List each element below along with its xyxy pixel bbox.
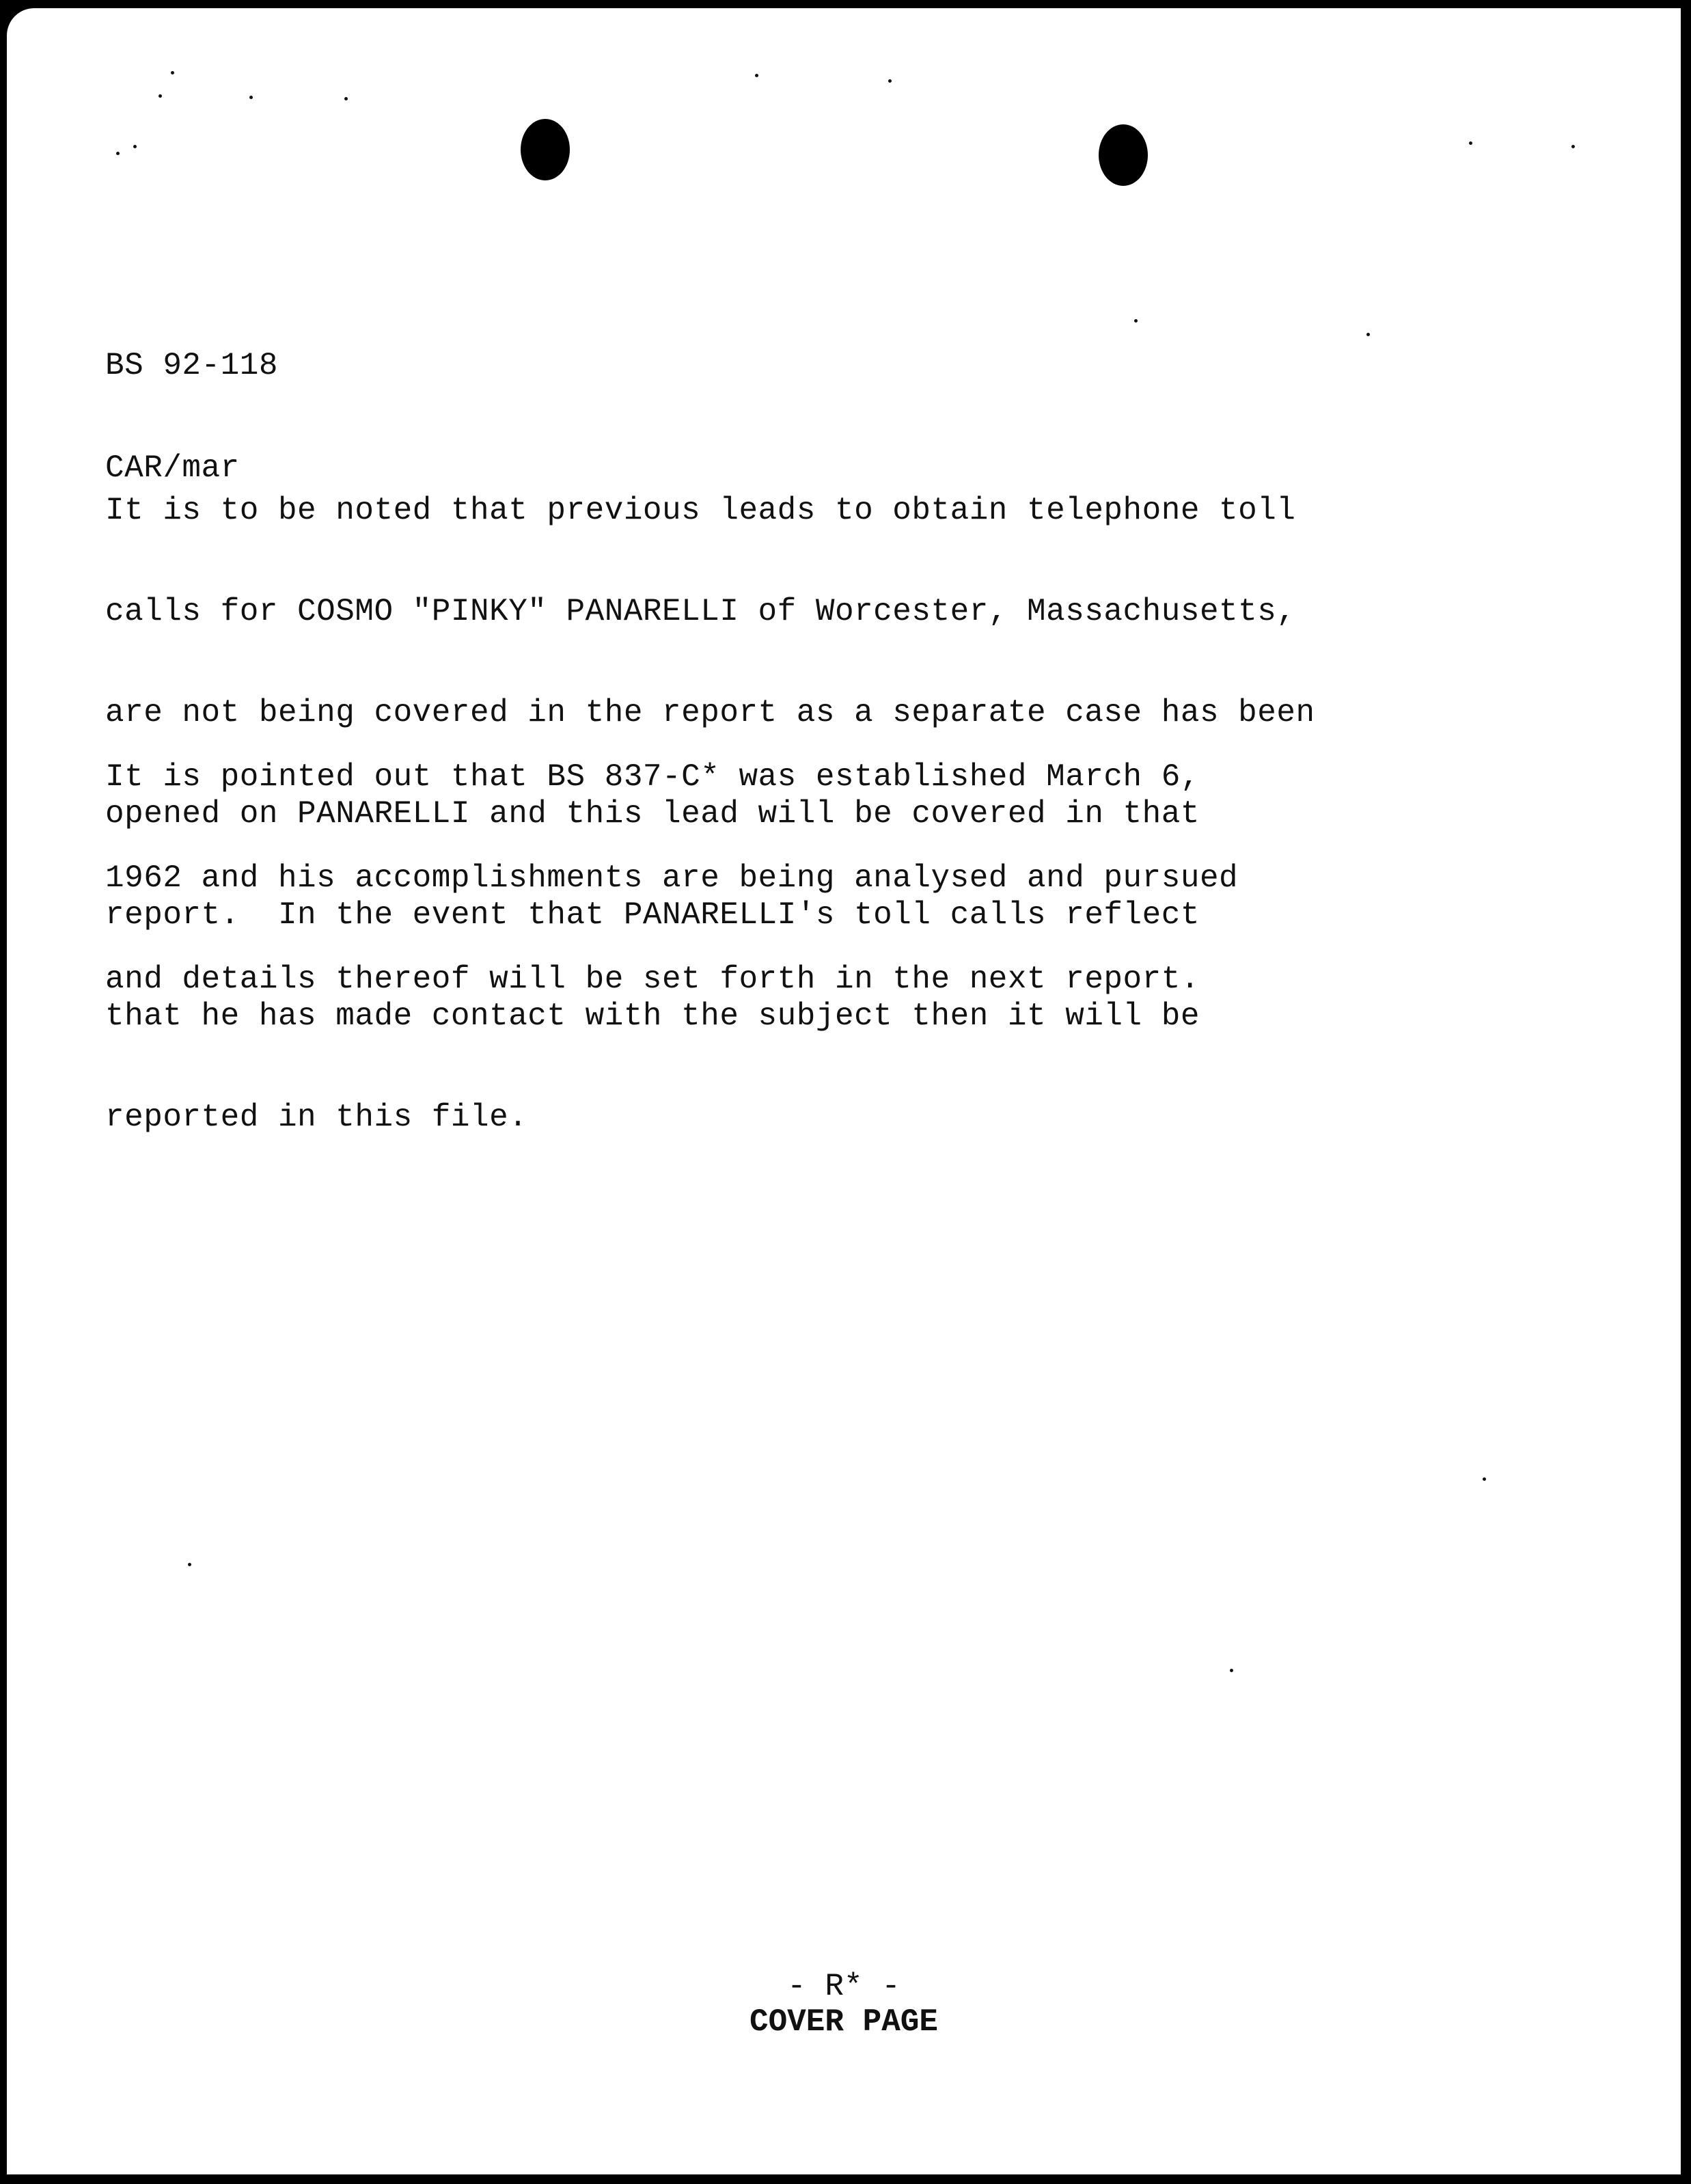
scan-speck: [888, 79, 892, 83]
scan-speck: [171, 71, 174, 74]
scan-speck: [1366, 333, 1370, 336]
scan-speck: [1571, 145, 1575, 148]
scan-speck: [1230, 1669, 1233, 1672]
paragraph-line: calls for COSMO "PINKY" PANARELLI of Wor…: [105, 595, 1315, 627]
scan-speck: [1483, 1477, 1486, 1481]
paragraph-line: 1962 and his accomplishments are being a…: [105, 861, 1238, 894]
scan-speck: [1134, 319, 1138, 323]
scan-speck: [133, 145, 137, 148]
page-marker: - R* -: [7, 1969, 1681, 2004]
scan-speck: [159, 94, 162, 98]
paragraph-line: It is to be noted that previous leads to…: [105, 493, 1315, 526]
scan-speck: [249, 96, 253, 99]
cover-page-label: COVER PAGE: [7, 2005, 1681, 2039]
paragraph-line: reported in this file.: [105, 1100, 1315, 1133]
document-page: BS 92-118 CAR/mar It is to be noted that…: [7, 8, 1681, 2174]
file-number: BS 92-118: [105, 349, 278, 383]
scan-speck: [116, 152, 120, 155]
paragraph-informant: It is pointed out that BS 837-C* was est…: [105, 692, 1238, 1063]
punch-hole-right: [1099, 124, 1148, 186]
scan-speck: [1469, 141, 1472, 145]
paragraph-line: It is pointed out that BS 837-C* was est…: [105, 760, 1238, 793]
punch-hole-left: [521, 119, 570, 180]
scan-speck: [344, 97, 348, 100]
paragraph-line: and details thereof will be set forth in…: [105, 962, 1238, 995]
scan-speck: [188, 1563, 191, 1566]
scan-speck: [755, 74, 758, 77]
